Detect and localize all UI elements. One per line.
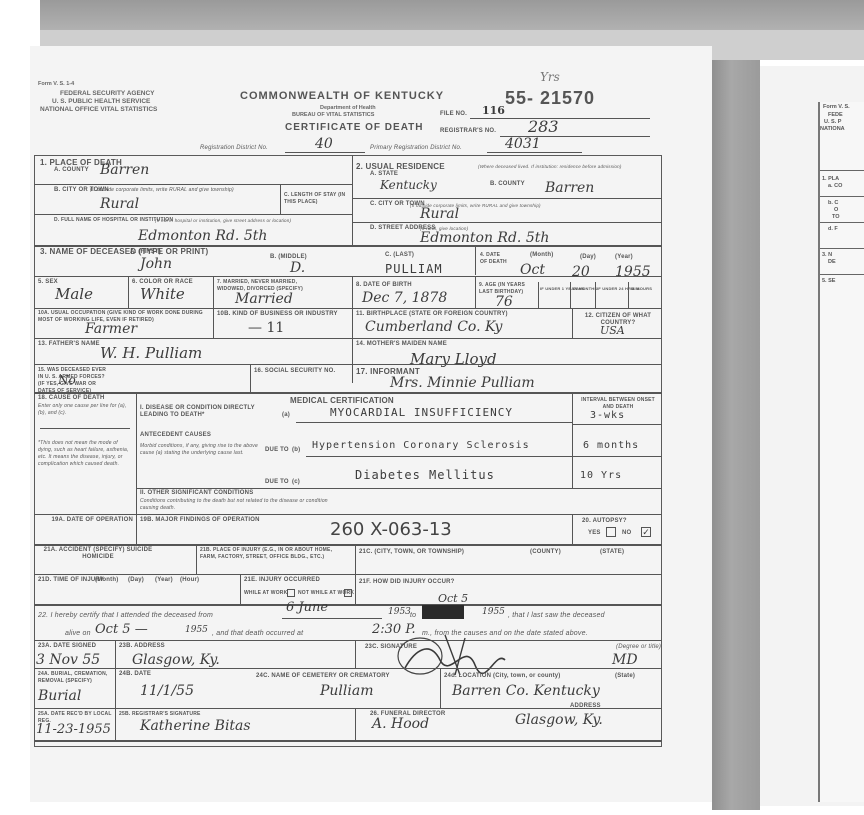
father-name[interactable]: W. H. Pulliam: [100, 344, 202, 362]
adjacent-agency-line: NATIONA: [820, 126, 845, 133]
burial-location-label: 24d. LOCATION (City, town, or county): [444, 673, 561, 680]
interval-a[interactable]: 3-wks: [590, 410, 625, 421]
adjacent-form-no: Form V. S.: [823, 104, 850, 111]
burial-method[interactable]: Burial: [38, 688, 81, 704]
adjacent-form-edge: Form V. S. FEDE U. S. P NATIONA 1. PLA a…: [818, 102, 864, 802]
res-county-label: b. COUNTY: [490, 181, 525, 188]
injury-type-label: 21a. ACCIDENT (Specify) SUICIDE HOMICIDE: [38, 547, 158, 561]
year-label: (Year): [615, 254, 633, 261]
death-city-note: (If outside corporate limits, write RURA…: [90, 187, 234, 194]
month-label: (Month): [530, 252, 553, 259]
operation-findings[interactable]: 260 X-063-13: [330, 519, 452, 540]
institution-note: (If not in hospital or institution, give…: [155, 217, 291, 224]
cause-footnote: *This does not mean the mode of dying, s…: [38, 440, 133, 468]
last-saw-text: , that I last saw the deceased: [508, 612, 605, 619]
interval-label: INTERVAL BETWEEN ONSET AND DEATH: [578, 397, 658, 411]
direct-cause-label: I. DISEASE OR CONDITION DIRECTLY LEADING…: [140, 405, 270, 419]
bureau: BUREAU OF VITAL STATISTICS: [292, 111, 374, 119]
cause-b-letter: (b): [292, 447, 300, 454]
adjacent-section-label: d. F: [828, 226, 838, 233]
registration-district: 40: [315, 136, 333, 152]
birth-date-label: 8. DATE OF BIRTH: [356, 282, 412, 289]
degree[interactable]: MD: [612, 652, 638, 668]
sex[interactable]: Male: [55, 285, 93, 303]
occupation[interactable]: Farmer: [85, 321, 137, 337]
alive-on-date[interactable]: Oct 5 —: [95, 622, 148, 637]
age-days-label: Days: [573, 285, 585, 292]
burial-date[interactable]: 11/1/55: [140, 683, 194, 699]
autopsy-yes-label: YES: [588, 530, 601, 537]
death-year[interactable]: 1955: [615, 264, 651, 280]
due-to-b-label: DUE TO: [265, 447, 289, 454]
adjacent-section-label: TO: [832, 214, 840, 221]
attended-to-date[interactable]: Oct 5: [438, 592, 468, 605]
interval-b[interactable]: 6 months: [583, 440, 639, 451]
registrar-signature-label: 25b. REGISTRAR'S SIGNATURE: [119, 711, 201, 718]
first-name[interactable]: John: [140, 256, 172, 272]
age-hours-label: If Under 24 Hrs. Hours: [597, 285, 652, 292]
informant[interactable]: Mrs. Minnie Pulliam: [390, 375, 535, 391]
death-county-label: a. COUNTY: [54, 167, 89, 174]
cause-a[interactable]: MYOCARDIAL INSUFFICIENCY: [330, 406, 513, 419]
injury-day-label: (Day): [128, 577, 144, 584]
autopsy-no-label: NO: [622, 530, 631, 537]
not-while-at-work-checkbox[interactable]: [344, 589, 352, 597]
adjacent-section-label: O: [834, 207, 838, 214]
age-months-label: If Under 1 Year Months: [540, 285, 597, 292]
registrar-no-label: Registrar's No.: [440, 128, 496, 135]
received-date[interactable]: 11-23-1955: [36, 722, 111, 737]
age-min-label: Min.: [631, 285, 640, 292]
redaction-block: [422, 605, 464, 619]
certificate-number: 55- 21570: [505, 88, 595, 109]
injury-year-label: (Year): [155, 577, 173, 584]
registrar-no: 283: [528, 117, 559, 136]
injury-how-label: 21f. HOW DID INJURY OCCUR?: [359, 579, 455, 586]
address-label: 23b. ADDRESS: [119, 643, 165, 650]
funeral-address-label: ADDRESS: [570, 703, 601, 710]
degree-label: (Degree or title): [616, 644, 661, 651]
birthplace-label: 11. BIRTHPLACE (State or foreign country…: [356, 311, 508, 318]
file-no: 116: [482, 104, 505, 117]
usual-residence-note: (Where deceased lived. If institution: r…: [478, 163, 622, 170]
form-number: Form V. S. 1-4: [38, 80, 74, 88]
adjacent-section-label: 3. N: [822, 252, 832, 259]
agency-line-1: FEDERAL SECURITY AGENCY: [60, 90, 155, 98]
burial-label: 24a. BURIAL, CREMATION, REMOVAL (Specify…: [38, 671, 114, 685]
cause-c[interactable]: Diabetes Mellitus: [355, 468, 495, 482]
antecedent-note: Morbid conditions, if any, giving rise t…: [140, 443, 270, 457]
birth-date[interactable]: Dec 7, 1878: [362, 290, 447, 306]
adjacent-section-label: a. CO: [828, 183, 842, 190]
attended-from-date[interactable]: 6 June: [286, 600, 328, 615]
business[interactable]: — 11: [248, 320, 284, 336]
middle-name[interactable]: D.: [290, 260, 305, 276]
deceased-name-label: 3. NAME OF DECEASED (Type or Print): [40, 247, 208, 256]
race[interactable]: White: [140, 285, 185, 303]
certify-statement: 22. I hereby certify that I attended the…: [38, 612, 213, 619]
agency-line-3: NATIONAL OFFICE VITAL STATISTICS: [40, 106, 157, 114]
death-county[interactable]: Barren: [100, 162, 149, 178]
adjacent-section-label: DE: [828, 259, 836, 266]
injury-state-label: (STATE): [600, 549, 624, 556]
cause-b[interactable]: Hypertension Coronary Sclerosis: [312, 440, 530, 451]
usual-residence-label: 2. USUAL RESIDENCE: [356, 162, 445, 171]
adjacent-agency-line: U. S. P: [824, 119, 841, 126]
business-label: 10b. KIND OF BUSINESS OR INDUSTRY: [217, 311, 347, 318]
date-signed[interactable]: 3 Nov 55: [36, 652, 100, 668]
burial-location[interactable]: Barren Co. Kentucky: [452, 683, 600, 699]
medical-certification-title: MEDICAL CERTIFICATION: [290, 396, 394, 405]
alive-on-label: alive on: [65, 630, 91, 637]
mother-name[interactable]: Mary Lloyd: [410, 350, 497, 368]
adjacent-agency-line: FEDE: [828, 112, 843, 119]
primary-district: 4031: [505, 136, 541, 152]
primary-district-label: Primary Registration District No.: [370, 145, 462, 152]
res-state-label: a. STATE: [370, 171, 398, 178]
injury-county-label: (COUNTY): [530, 549, 561, 556]
adjacent-section-label: b. C: [828, 200, 838, 207]
cemetery-name[interactable]: Pulliam: [320, 683, 374, 699]
adjacent-section-label: 1. PLA: [822, 176, 839, 183]
death-occurred-text: , and that death occurred at: [212, 630, 303, 637]
death-institution[interactable]: Edmonton Rd. 5th: [138, 228, 267, 244]
while-at-work-label: WHILE AT WORK: [244, 590, 287, 597]
injury-place-label: 21b. PLACE OF INJURY (e.g., in or about …: [200, 547, 350, 561]
certificate-title: CERTIFICATE OF DEATH: [285, 122, 424, 133]
scan-binding-shadow: [712, 60, 760, 810]
date-of-death-label: 4. DATE OF DEATH: [480, 252, 508, 266]
cause-note: Enter only one cause per line for (a), (…: [38, 403, 133, 417]
birthplace[interactable]: Cumberland Co. Ky: [365, 319, 502, 335]
first-name-label: a. (First): [130, 249, 161, 256]
agency-line-2: U. S. PUBLIC HEALTH SERVICE: [52, 98, 150, 106]
ssn-label: 16. SOCIAL SECURITY NO.: [254, 368, 350, 375]
injury-city-label: 21c. (CITY, TOWN, OR TOWNSHIP): [359, 549, 464, 556]
file-no-label: File No.: [440, 111, 467, 118]
cause-of-death-label: 18. CAUSE OF DEATH: [38, 395, 105, 402]
other-conditions-note: Conditions contributing to the death but…: [140, 498, 340, 512]
attended-from-year[interactable]: 1953: [388, 607, 411, 617]
physician-address[interactable]: Glasgow, Ky.: [132, 652, 220, 668]
death-city[interactable]: Rural: [100, 196, 139, 212]
state-title: COMMONWEALTH OF KENTUCKY: [240, 90, 444, 102]
last-name[interactable]: PULLIAM: [385, 262, 443, 276]
res-street[interactable]: Edmonton Rd. 5th: [420, 230, 549, 246]
citizen[interactable]: USA: [600, 324, 625, 337]
burial-date-label: 24b. DATE: [119, 671, 151, 678]
registrar-signature: Katherine Bitas: [140, 718, 251, 734]
funeral-director[interactable]: A. Hood: [372, 716, 429, 732]
death-day[interactable]: 20: [572, 264, 590, 280]
father-label: 13. FATHER'S NAME: [38, 341, 100, 348]
injury-occurred-label: 21e. INJURY OCCURRED: [244, 577, 320, 584]
date-signed-label: 23a. DATE SIGNED: [38, 643, 96, 650]
res-state[interactable]: Kentucky: [380, 178, 437, 192]
armed-forces[interactable]: No: [58, 373, 76, 387]
cemetery-label: 24c. NAME OF CEMETERY OR CREMATORY: [256, 673, 390, 680]
day-label: (Day): [580, 254, 596, 261]
length-of-stay-label: c. LENGTH OF STAY (in this place): [284, 192, 350, 206]
adjacent-section-label: 5. SE: [822, 278, 835, 285]
res-city[interactable]: Rural: [420, 206, 459, 222]
burial-state-label: (State): [615, 673, 635, 680]
to-label: to: [410, 612, 416, 619]
registration-district-label: Registration District No.: [200, 145, 268, 152]
alive-on-year[interactable]: 1955: [185, 625, 208, 635]
while-at-work-checkbox[interactable]: [287, 589, 295, 597]
injury-hour-label: (Hour): [180, 577, 199, 584]
attended-to-year[interactable]: 1955: [482, 607, 505, 617]
res-county[interactable]: Barren: [545, 180, 594, 196]
last-name-label: c. (Last): [385, 252, 414, 259]
cause-c-letter: (c): [292, 479, 300, 486]
antecedent-label: ANTECEDENT CAUSES: [140, 432, 211, 439]
operation-date-label: 19a. DATE OF OPERATION: [38, 517, 133, 524]
marital[interactable]: Married: [235, 291, 293, 307]
interval-c[interactable]: 10 Yrs: [580, 470, 622, 481]
cause-a-letter: (a): [282, 412, 290, 419]
mother-label: 14. MOTHER'S MAIDEN NAME: [356, 341, 447, 348]
annotation: Yrs: [540, 70, 560, 84]
other-conditions-label: II. OTHER SIGNIFICANT CONDITIONS: [140, 490, 253, 497]
injury-month-label: (Month): [95, 577, 118, 584]
due-to-c-label: DUE TO: [265, 479, 289, 486]
autopsy-no-checkbox[interactable]: ✓: [641, 527, 651, 537]
operation-findings-label: 19b. MAJOR FINDINGS OF OPERATION: [140, 517, 260, 524]
autopsy-yes-checkbox[interactable]: [606, 527, 616, 537]
funeral-address[interactable]: Glasgow, Ky.: [515, 712, 603, 728]
autopsy-label: 20. AUTOPSY?: [582, 518, 627, 525]
